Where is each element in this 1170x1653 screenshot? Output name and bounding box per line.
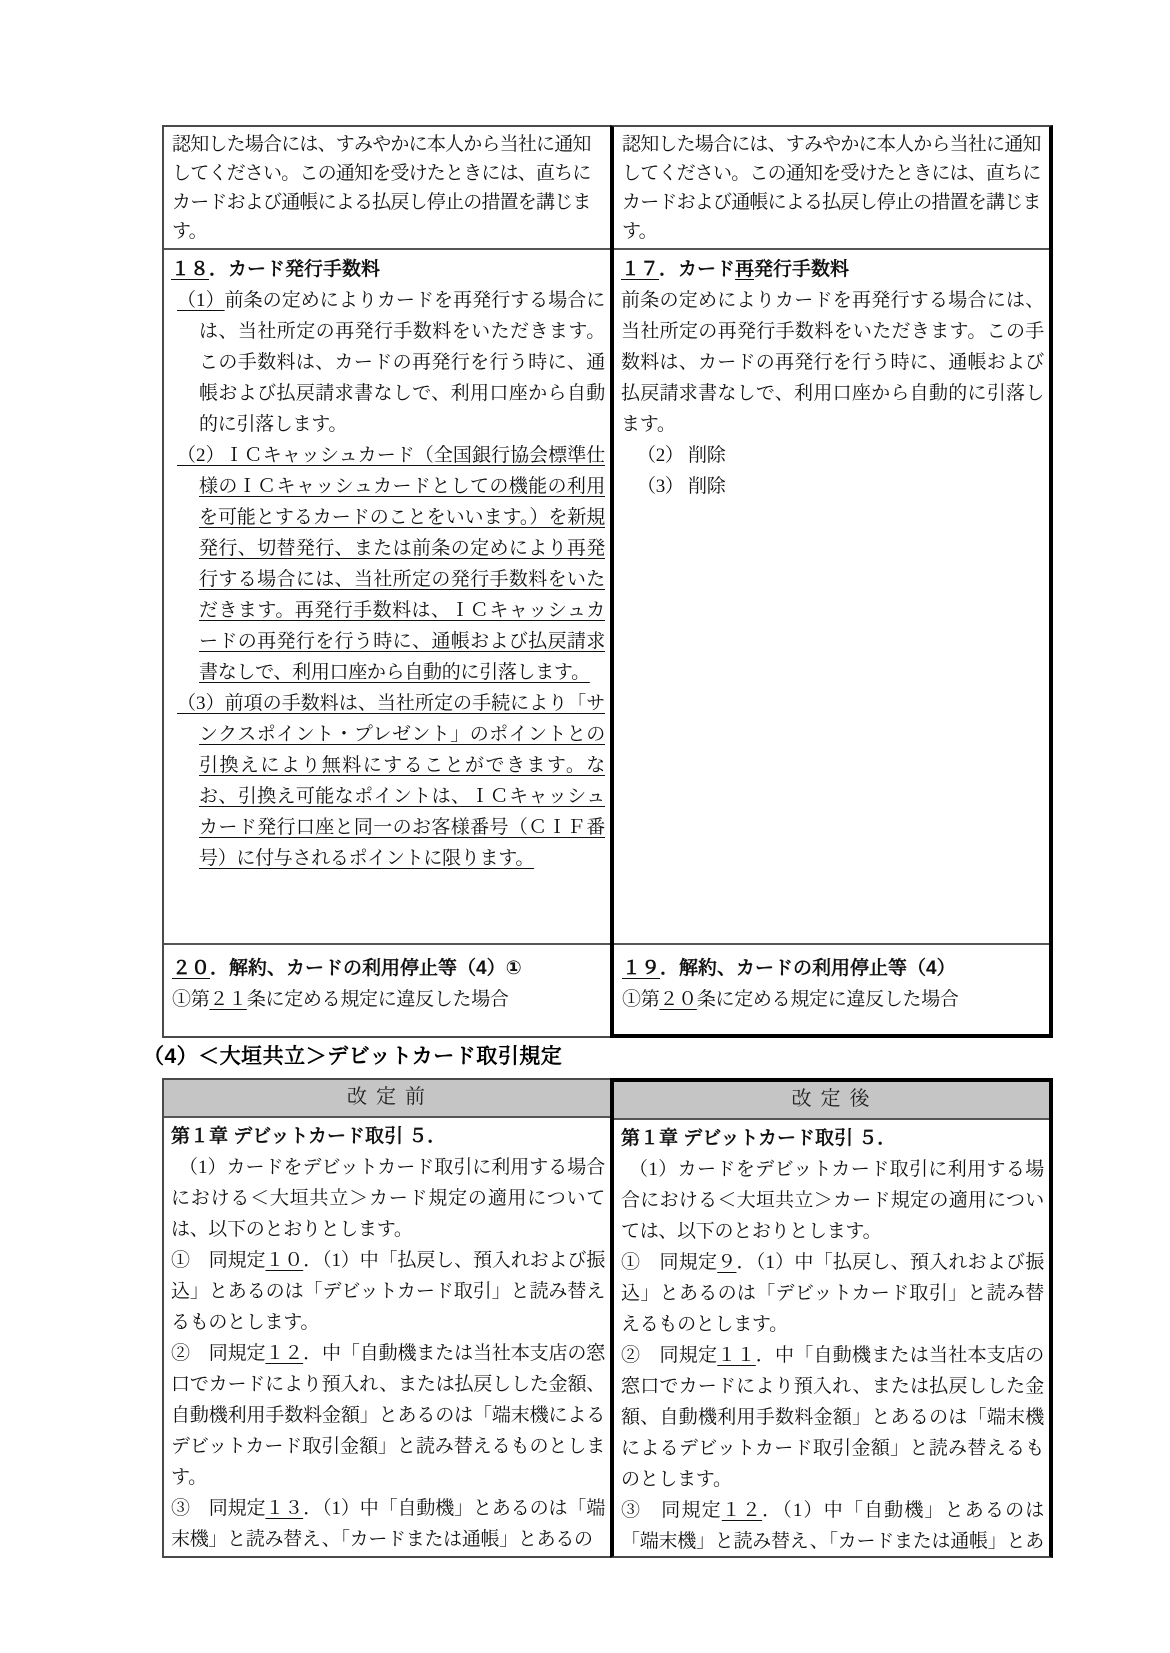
chapter1-item-3: ③ 同規定１３．（1）中「自動機」とあるのは「端末機」と読み替え、「カードまたは… [171,1493,605,1555]
chapter1-item-2: ② 同規定１１．中「自動機または当社本支店の窓口でカードにより預入れ、または払戻… [621,1340,1044,1495]
table2-header-after: 改 定 後 [614,1082,1049,1120]
chapter1-item-3: ③ 同規定１２．（1）中「自動機」とあるのは「端末機」と読み替え、「カードまたは… [621,1495,1044,1558]
table2-after-column: 改 定 後 第１章 デビットカード取引 ５． （1）カードをデビットカード取引に… [610,1078,1053,1558]
table1-before-section18-cell: １８．カード発行手数料 （1）前条の定めによりカードを再発行する場合には、当社所… [164,250,610,945]
table2-before-column: 改 定 前 第１章 デビットカード取引 ５． （1）カードをデビットカード取引に… [162,1078,610,1558]
table1-after-column: 認知した場合には、すみやかに本人から当社に通知してください。この通知を受けたとき… [610,125,1053,1038]
table1-before-column: 認知した場合には、すみやかに本人から当社に通知してください。この通知を受けたとき… [162,125,610,1038]
table2-after-body-cell: 第１章 デビットカード取引 ５． （1）カードをデビットカード取引に利用する場合… [614,1120,1049,1558]
section19-body: ①第２０条に定める規定に違反した場合 [622,984,1043,1015]
document-page: 認知した場合には、すみやかに本人から当社に通知してください。この通知を受けたとき… [0,0,1170,1653]
table2-header-before: 改 定 前 [164,1080,610,1118]
table1-before-carryover-cell: 認知した場合には、すみやかに本人から当社に通知してください。この通知を受けたとき… [164,127,610,250]
chapter1-paragraph-1: （1）カードをデビットカード取引に利用する場合における＜大垣共立＞カード規定の適… [171,1152,605,1245]
carryover-paragraph: 認知した場合には、すみやかに本人から当社に通知してください。この通知を受けたとき… [622,130,1043,246]
table1-after-section19-cell: １９．解約、カードの利用停止等（4） ①第２０条に定める規定に違反した場合 [614,945,1049,1034]
section20-body: ①第２１条に定める規定に違反した場合 [172,984,604,1015]
chapter1-title: 第１章 デビットカード取引 ５． [621,1123,1044,1154]
section18-paragraph-1: （1）前条の定めによりカードを再発行する場合には、当社所定の再発行手数料をいただ… [171,285,605,440]
carryover-paragraph: 認知した場合には、すみやかに本人から当社に通知してください。この通知を受けたとき… [172,130,604,246]
section17-paragraph-1: 前条の定めによりカードを再発行する場合には、当社所定の再発行手数料をいただきます… [621,285,1044,440]
table1-before-section20-cell: ２０．解約、カードの利用停止等（4）① ①第２１条に定める規定に違反した場合 [164,945,610,1034]
chapter1-paragraph-1: （1）カードをデビットカード取引に利用する場合における＜大垣共立＞カード規定の適… [621,1154,1044,1247]
table2-before-body-cell: 第１章 デビットカード取引 ５． （1）カードをデビットカード取引に利用する場合… [164,1118,610,1558]
section17-deleted-item-3: （3） 削除 [621,471,1044,502]
chapter1-item-1: ① 同規定１０．（1）中「払戻し、預入れおよび振込」とあるのは「デビットカード取… [171,1245,605,1338]
table1-after-section17-cell: １７．カード再発行手数料 前条の定めによりカードを再発行する場合には、当社所定の… [614,250,1049,945]
section20-title: ２０．解約、カードの利用停止等（4）① [172,953,604,984]
chapter1-item-2: ② 同規定１２．中「自動機または当社本支店の窓口でカードにより預入れ、または払戻… [171,1338,605,1493]
table1-after-carryover-cell: 認知した場合には、すみやかに本人から当社に通知してください。この通知を受けたとき… [614,127,1049,250]
section18-paragraph-2: （2）ＩＣキャッシュカード（全国銀行協会標準仕様のＩＣキャッシュカードとしての機… [171,440,605,688]
section18-title: １８．カード発行手数料 [171,254,605,285]
chapter1-title: 第１章 デビットカード取引 ５． [171,1121,605,1152]
section17-deleted-item-2: （2） 削除 [621,440,1044,471]
section19-title: １９．解約、カードの利用停止等（4） [622,953,1043,984]
section18-paragraph-3: （3）前項の手数料は、当社所定の手続により「サンクスポイント・プレゼント」のポイ… [171,688,605,874]
section17-title: １７．カード再発行手数料 [621,254,1044,285]
chapter1-item-1: ① 同規定９．（1）中「払戻し、預入れおよび振込」とあるのは「デビットカード取引… [621,1247,1044,1340]
section-heading-debit-card-rules: （4）＜大垣共立＞デビットカード取引規定 [143,1043,562,1071]
